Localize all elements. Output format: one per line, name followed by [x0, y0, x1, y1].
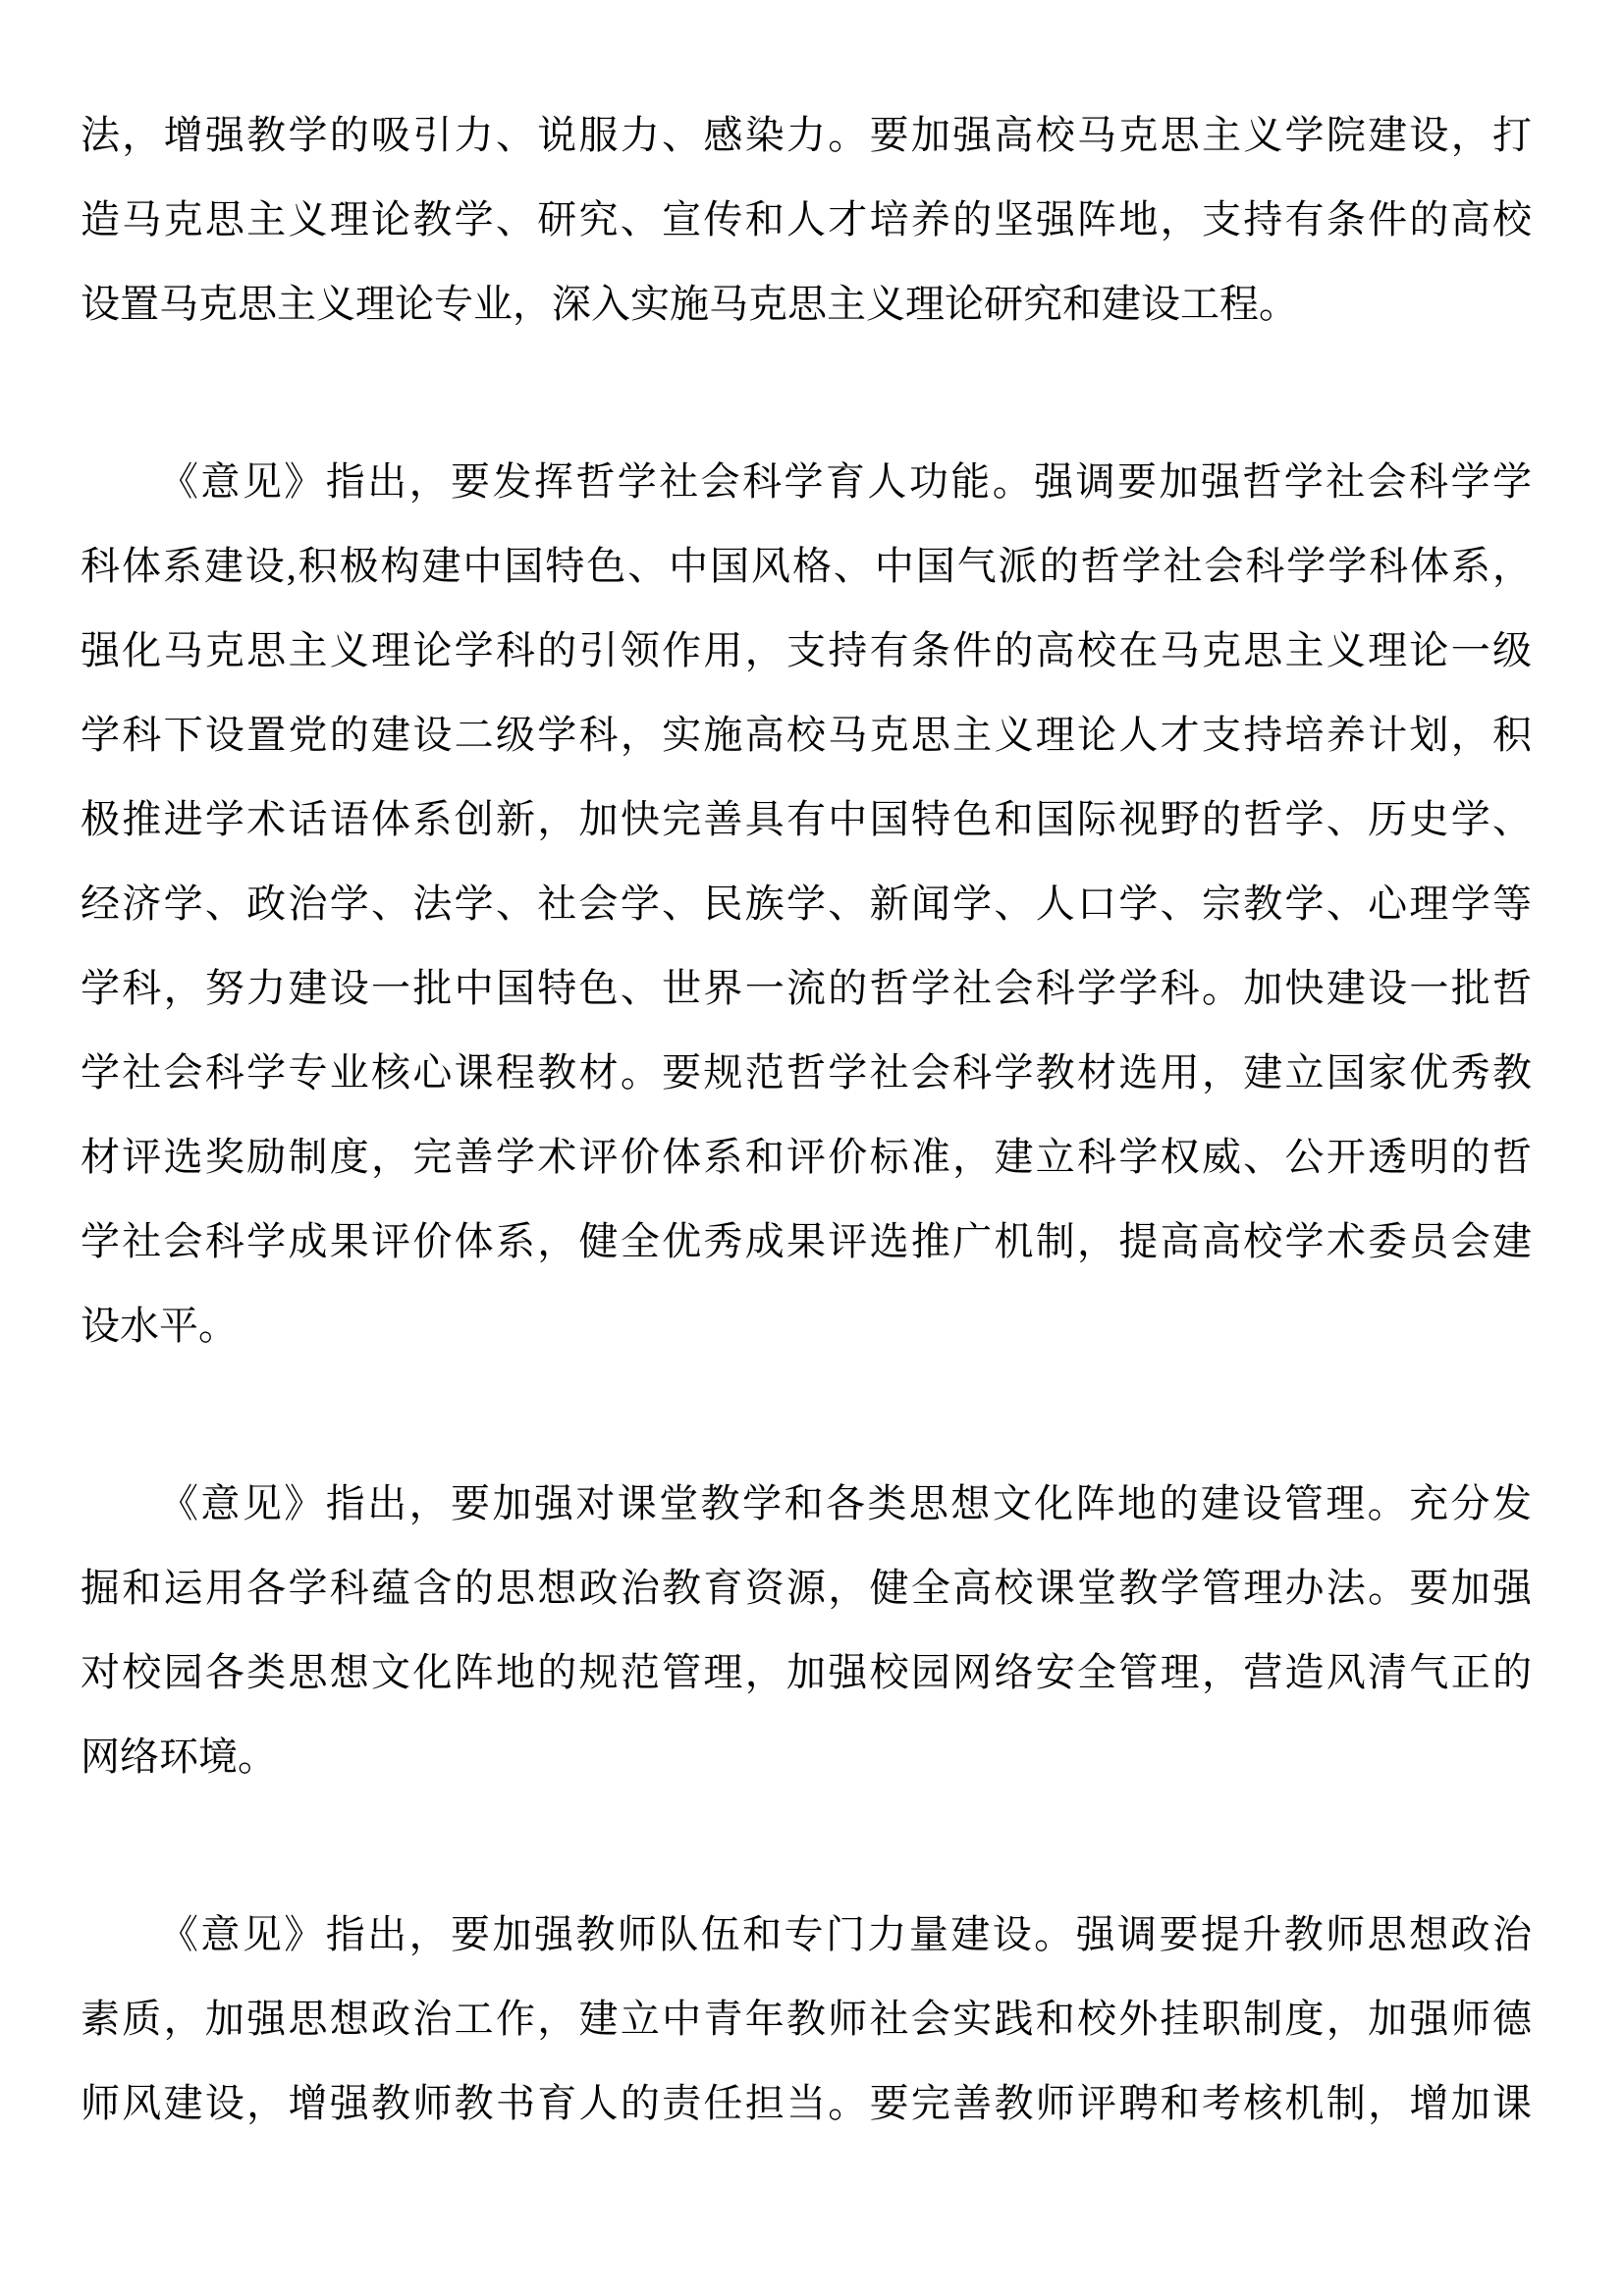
text-line: 《意见》指出，要发挥哲学社会科学育人功能。强调要加强哲学社会科学学: [81, 440, 1532, 524]
text-line: 强化马克思主义理论学科的引领作用，支持有条件的高校在马克思主义理论一级: [81, 609, 1532, 693]
paragraph: 法，增强教学的吸引力、说服力、感染力。要加强高校马克思主义学院建设，打 造马克思…: [81, 93, 1532, 347]
text-line: 师风建设，增强教师教书育人的责任担当。要完善教师评聘和考核机制，增加课: [81, 2061, 1532, 2146]
text-line: 学科下设置党的建设二级学科，实施高校马克思主义理论人才支持培养计划，积: [81, 693, 1532, 777]
text-line: 掘和运用各学科蕴含的思想政治教育资源，健全高校课堂教学管理办法。要加强: [81, 1546, 1532, 1630]
paragraph: 《意见》指出，要加强对课堂教学和各类思想文化阵地的建设管理。充分发 掘和运用各学…: [81, 1462, 1532, 1799]
text-line: 设置马克思主义理论专业，深入实施马克思主义理论研究和建设工程。: [81, 262, 1532, 347]
text-line: 科体系建设,积极构建中国特色、中国风格、中国气派的哲学社会科学学科体系，: [81, 524, 1532, 609]
document-page: 法，增强教学的吸引力、说服力、感染力。要加强高校马克思主义学院建设，打 造马克思…: [0, 0, 1624, 2296]
text-line: 设水平。: [81, 1284, 1532, 1368]
text-line: 对校园各类思想文化阵地的规范管理，加强校园网络安全管理，营造风清气正的: [81, 1630, 1532, 1715]
paragraph: 《意见》指出，要发挥哲学社会科学育人功能。强调要加强哲学社会科学学 科体系建设,…: [81, 440, 1532, 1368]
text-line: 《意见》指出，要加强对课堂教学和各类思想文化阵地的建设管理。充分发: [81, 1462, 1532, 1546]
paragraph: 《意见》指出，要加强教师队伍和专门力量建设。强调要提升教师思想政治 素质，加强思…: [81, 1893, 1532, 2146]
text-line: 经济学、政治学、法学、社会学、民族学、新闻学、人口学、宗教学、心理学等: [81, 862, 1532, 946]
text-line: 学社会科学成果评价体系，健全优秀成果评选推广机制，提高高校学术委员会建: [81, 1200, 1532, 1284]
text-line: 学科，努力建设一批中国特色、世界一流的哲学社会科学学科。加快建设一批哲: [81, 946, 1532, 1031]
text-line: 《意见》指出，要加强教师队伍和专门力量建设。强调要提升教师思想政治: [81, 1893, 1532, 1977]
text-line: 极推进学术话语体系创新，加快完善具有中国特色和国际视野的哲学、历史学、: [81, 777, 1532, 862]
text-line: 材评选奖励制度，完善学术评价体系和评价标准，建立科学权威、公开透明的哲: [81, 1115, 1532, 1200]
text-line: 网络环境。: [81, 1715, 1532, 1799]
text-line: 素质，加强思想政治工作，建立中青年教师社会实践和校外挂职制度，加强师德: [81, 1977, 1532, 2061]
text-line: 学社会科学专业核心课程教材。要规范哲学社会科学教材选用，建立国家优秀教: [81, 1031, 1532, 1115]
text-line: 法，增强教学的吸引力、说服力、感染力。要加强高校马克思主义学院建设，打: [81, 93, 1532, 178]
text-line: 造马克思主义理论教学、研究、宣传和人才培养的坚强阵地，支持有条件的高校: [81, 178, 1532, 262]
